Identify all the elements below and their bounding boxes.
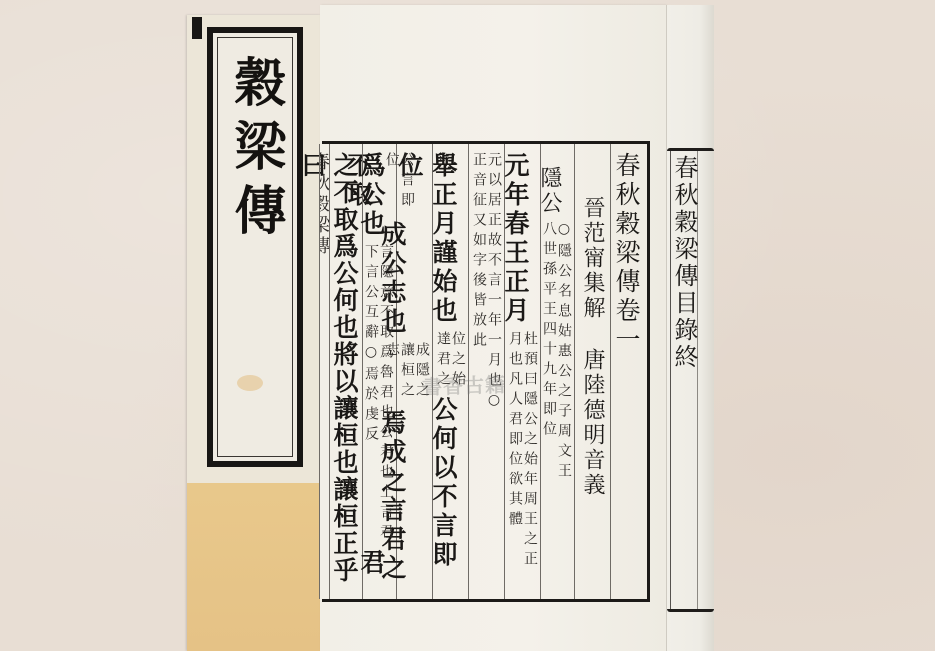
text-page: 春秋穀梁傳卷一 晉范甯集解 唐陸德明音義 隱公 ○隱公名息姑惠公之子周文王八世孫… xyxy=(320,5,666,651)
main-text-yuannian: 元年春王正月 xyxy=(501,152,530,326)
credit-phonetic: 唐陸德明音義 xyxy=(577,348,607,498)
running-head-title: 春秋穀梁傳 xyxy=(319,152,329,257)
contents-end-title: 春秋穀梁傳目錄終 xyxy=(671,155,697,371)
column-running-head: 春秋穀梁傳 xyxy=(319,144,329,599)
column-bu-qu: 之不取爲公何也將以讓桓也讓桓正乎曰 xyxy=(329,144,362,599)
slip-frame: 春秋穀梁傳目錄終 xyxy=(667,148,714,612)
cover-stain xyxy=(237,375,263,391)
main-text-jin-shi: 舉正月謹始也 xyxy=(429,152,458,326)
title-slip-corner-ornament xyxy=(192,17,202,39)
cover-title: 穀梁傳 xyxy=(207,55,303,247)
column-title: 春秋穀梁傳卷一 xyxy=(610,144,647,599)
column-credits: 晉范甯集解 唐陸德明音義 xyxy=(574,144,610,599)
annotation-yin-yi: 言隱意不取爲魯君也公君也上言君下言公互辭○焉於虔反 xyxy=(363,244,393,544)
table-of-contents-end-page: 春秋穀梁傳目錄終 xyxy=(666,5,714,651)
watermark: 書香古籍 xyxy=(422,367,553,402)
print-frame: 春秋穀梁傳卷一 晉范甯集解 唐陸德明音義 隱公 ○隱公名息姑惠公之子周文王八世孫… xyxy=(322,141,650,602)
heading-yingong: 隱公 xyxy=(537,166,562,216)
credit-annotator: 晉范甯集解 xyxy=(580,196,605,321)
annotation-yingong: ○隱公名息姑惠公之子周文王八世孫平王四十九年即位 xyxy=(541,221,571,491)
volume-title: 春秋穀梁傳卷一 xyxy=(612,152,641,355)
column-wei-gong: 爲公也 言隱意不取爲魯君也公君也上言君下言公互辭○焉於虔反 君 xyxy=(362,144,396,599)
